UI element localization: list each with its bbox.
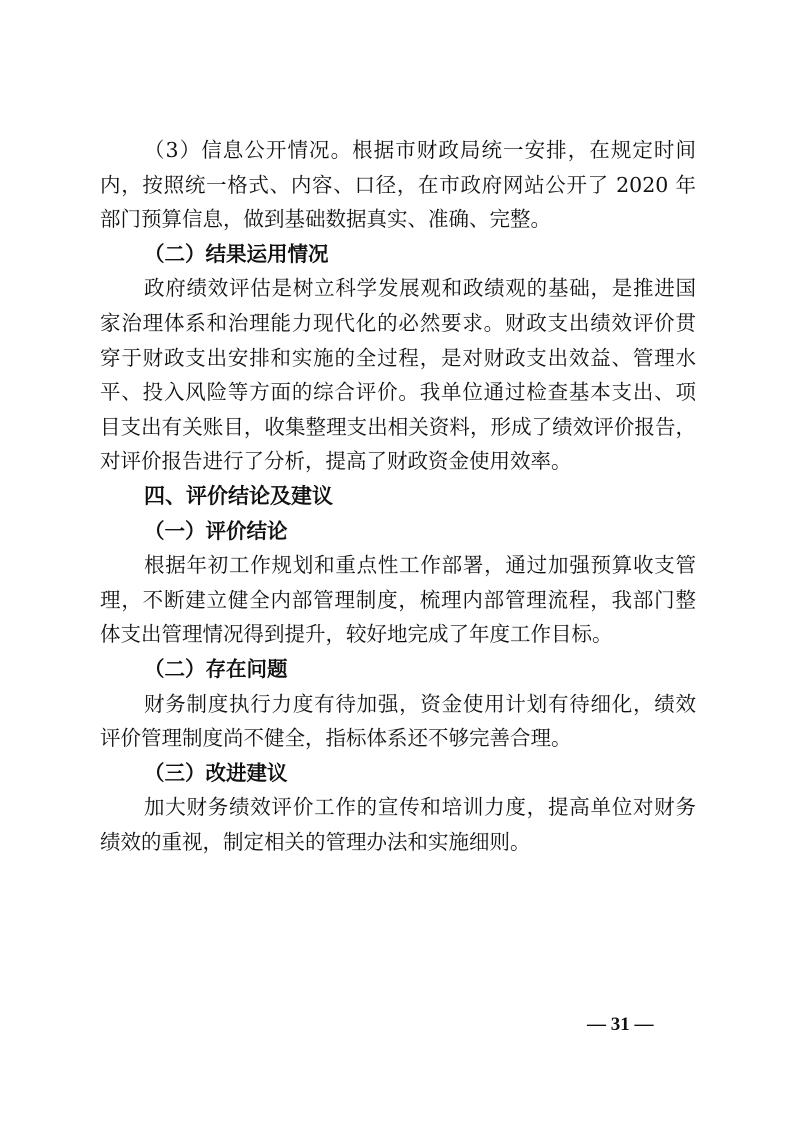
subheading-improvement-suggestions: （三）改进建议 [100, 756, 696, 791]
text-line: 目支出有关账目，收集整理支出相关资料，形成了绩效评价报告， [100, 410, 696, 445]
page-number: — 31 — [587, 1014, 654, 1036]
text-line: （3）信息公开情况。根据市财政局统一安排，在规定时间 [100, 133, 696, 168]
paragraph-improvement-suggestions: 加大财务绩效评价工作的宣传和培训力度，提高单位对财务 绩效的重视，制定相关的管理… [100, 790, 696, 859]
section-heading-conclusions: 四、评价结论及建议 [100, 479, 696, 514]
text-line: 理，不断建立健全内部管理制度，梳理内部管理流程，我部门整 [100, 583, 696, 618]
text-line: 财务制度执行力度有待加强，资金使用计划有待细化，绩效 [100, 687, 696, 722]
text-line: 穿于财政支出安排和实施的全过程，是对财政支出效益、管理水 [100, 341, 696, 376]
text-line: 平、投入风险等方面的综合评价。我单位通过检查基本支出、项 [100, 375, 696, 410]
subheading-evaluation-conclusion: （一）评价结论 [100, 514, 696, 549]
text-line: 对评价报告进行了分析，提高了财政资金使用效率。 [100, 444, 696, 479]
text-line: 内，按照统一格式、内容、口径，在市政府网站公开了 2020 年 [100, 168, 696, 203]
subheading-results-usage: （二）结果运用情况 [100, 237, 696, 272]
paragraph-results-usage: 政府绩效评估是树立科学发展观和政绩观的基础，是推进国 家治理体系和治理能力现代化… [100, 271, 696, 479]
text-line: 部门预算信息，做到基础数据真实、准确、完整。 [100, 202, 696, 237]
subheading-existing-problems: （二）存在问题 [100, 652, 696, 687]
text-line: 评价管理制度尚不健全，指标体系还不够完善合理。 [100, 721, 696, 756]
text-line: 家治理体系和治理能力现代化的必然要求。财政支出绩效评价贯 [100, 306, 696, 341]
text-line: 政府绩效评估是树立科学发展观和政绩观的基础，是推进国 [100, 271, 696, 306]
paragraph-existing-problems: 财务制度执行力度有待加强，资金使用计划有待细化，绩效 评价管理制度尚不健全，指标… [100, 687, 696, 756]
paragraph-evaluation-conclusion: 根据年初工作规划和重点性工作部署，通过加强预算收支管 理，不断建立健全内部管理制… [100, 548, 696, 652]
text-line: 绩效的重视，制定相关的管理办法和实施细则。 [100, 825, 696, 860]
text-line: 加大财务绩效评价工作的宣传和培训力度，提高单位对财务 [100, 790, 696, 825]
paragraph-info-disclosure: （3）信息公开情况。根据市财政局统一安排，在规定时间 内，按照统一格式、内容、口… [100, 133, 696, 237]
text-line: 体支出管理情况得到提升，较好地完成了年度工作目标。 [100, 617, 696, 652]
text-line: 根据年初工作规划和重点性工作部署，通过加强预算收支管 [100, 548, 696, 583]
document-page: （3）信息公开情况。根据市财政局统一安排，在规定时间 内，按照统一格式、内容、口… [100, 133, 696, 859]
